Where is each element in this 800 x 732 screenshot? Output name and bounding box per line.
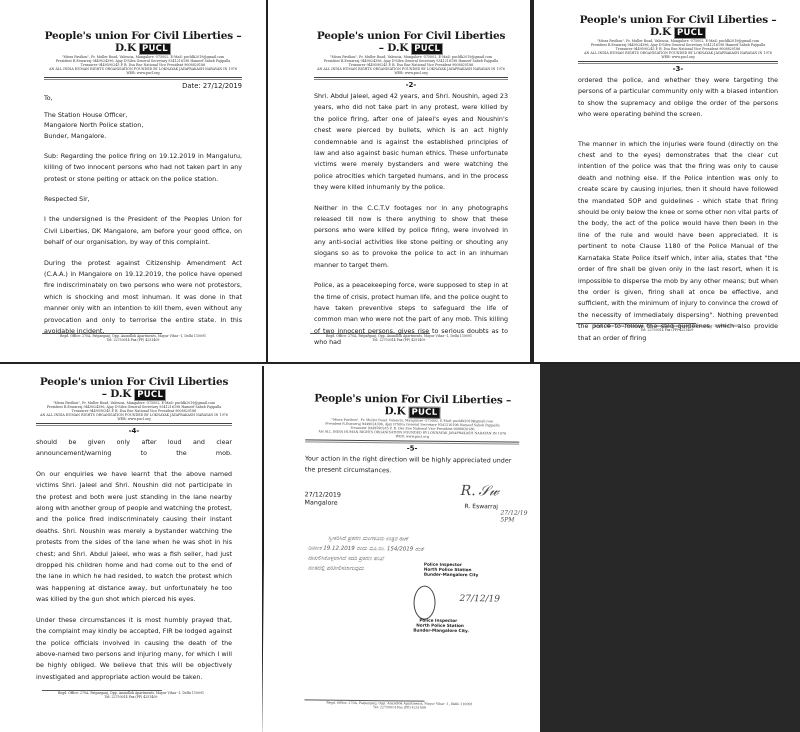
pucl-logo: PUCL <box>411 43 443 55</box>
paragraph: Shri. Abdul Jaleel, aged 42 years, and S… <box>314 91 508 194</box>
divider <box>314 77 508 80</box>
paragraph: ordered the police, and whether they wer… <box>578 75 778 121</box>
recipient-address: To, The Station House Officer, Mangalore… <box>44 94 242 142</box>
received-note: 27/12/19 5PM <box>500 509 527 523</box>
page-number: -4- <box>36 427 232 435</box>
address-line: Mangalore North Police station, <box>44 121 242 131</box>
divider <box>36 423 232 426</box>
letterhead: People's union For Civil Liberties – D.K… <box>36 376 232 426</box>
divider <box>578 61 778 64</box>
document-page-3: People's union For Civil Liberties – D.K… <box>532 0 800 364</box>
page-number: -2- <box>314 81 508 89</box>
paragraph: The manner in which the injuries were fo… <box>578 139 778 344</box>
letterhead-web: WEB: www.pucl.org <box>44 71 242 75</box>
document-page-4: People's union For Civil Liberties – D.K… <box>0 366 264 732</box>
footer-phone: Tel: 22750014 Fax (PP) 4251409 <box>0 338 266 342</box>
paragraph: Under these circumstances it is most hum… <box>36 615 232 683</box>
paragraph: On our enquiries we have learnt that the… <box>36 469 232 606</box>
letterhead-web: WEB: www.pucl.org <box>578 55 778 59</box>
stamp-line: Bunder-Mangalore City. <box>413 628 469 634</box>
pucl-logo: PUCL <box>134 389 166 401</box>
footer-phone: Tel: 22750014 Fax (PP) 4251409 <box>534 328 800 332</box>
page-footer: Regd. Office: 270A, Patparganj, Opp. Ana… <box>0 690 262 699</box>
document-page-1: People's union For Civil Liberties – D.K… <box>0 0 268 364</box>
letterhead-web: WEB: www.pucl.org <box>314 71 508 75</box>
paragraph: Your action in the right direction will … <box>305 453 519 478</box>
inspector-signature-icon <box>413 586 435 620</box>
closing-place: Mangalore <box>305 499 341 507</box>
pucl-logo: PUCL <box>408 406 440 418</box>
empty-background <box>540 364 800 732</box>
paragraph: Neither in the C.C.T.V footages nor in a… <box>314 203 508 271</box>
inspector-signature-date: 27/12/19 <box>460 594 501 604</box>
police-stamp: Police Inspector North Police Station Bu… <box>413 618 469 634</box>
salutation: Respected Sir, <box>44 194 242 205</box>
paragraph: During the protest against Citizenship A… <box>44 258 242 338</box>
page-footer: Regd. Office: 270A, Patparganj, Opp. Ana… <box>534 323 800 332</box>
stamp-line: Bunder-Mangalore City <box>424 572 479 578</box>
address-line: Bunder, Mangalore. <box>44 132 242 142</box>
paragraph: should be given only after loud and clea… <box>36 437 232 460</box>
pucl-logo: PUCL <box>139 43 171 55</box>
page-number: -5- <box>305 443 519 453</box>
page-number: -3- <box>578 65 778 73</box>
letterhead: People's union For Civil Liberties – D.K… <box>578 14 778 64</box>
letterhead-web: WEB: www.pucl.org <box>36 417 232 421</box>
police-stamp: Police Inspector North Police Station Bu… <box>424 562 479 578</box>
page-footer: Regd. Office: 270A, Patparganj, Opp. Ana… <box>262 699 536 711</box>
signature-block: 27/12/2019 Mangalore R. 𝒮𝓌 R. Eswarraj 2… <box>304 485 518 527</box>
closing-date: 27/12/2019 <box>305 491 341 499</box>
handwritten-line: ಹಂತದಲ್ಲಿ ಪರಿಶೀಲಿಸಲಾಗುವುದು <box>308 563 518 575</box>
paragraph: I the undersigned is the President of th… <box>44 214 242 248</box>
letterhead: People's union For Civil Liberties – D.K… <box>44 30 242 80</box>
letterhead: People's union For Civil Liberties – D.K… <box>314 30 508 80</box>
document-page-5: People's union For Civil Liberties – D.K… <box>262 366 540 732</box>
divider <box>44 77 242 80</box>
document-page-2: People's union For Civil Liberties – D.K… <box>268 0 532 364</box>
page-footer: Regd. Office: 270A, Patparganj, Opp. Ana… <box>0 333 266 342</box>
letter-date: Date: 27/12/2019 <box>44 82 242 90</box>
handwritten-acknowledgement: ಸ್ವೀಕರಿಸಿದೆ ಪ್ರಕರಣ ಮಂಗಳೂರು ಉತ್ತರ ಠಾಣೆ ದಿ… <box>304 533 518 575</box>
address-line: The Station House Officer, <box>44 111 242 121</box>
page-footer: Regd. Office: 270A, Patparganj, Opp. Ana… <box>268 333 530 342</box>
to-line: To, <box>44 94 242 104</box>
subject-line: Sub: Regarding the police firing on 19.1… <box>44 151 242 185</box>
signature-icon: R. 𝒮𝓌 <box>461 483 499 499</box>
pucl-logo: PUCL <box>674 27 706 39</box>
letterhead: People's union For Civil Liberties – D.K… <box>305 392 520 444</box>
signatory-name: R. Eswarraj <box>465 503 499 510</box>
footer-phone: Tel: 22750014 Fax (PP) 4251409 <box>268 338 530 342</box>
footer-phone: Tel: 22750014 Fax (PP) 4251409 <box>0 695 262 699</box>
